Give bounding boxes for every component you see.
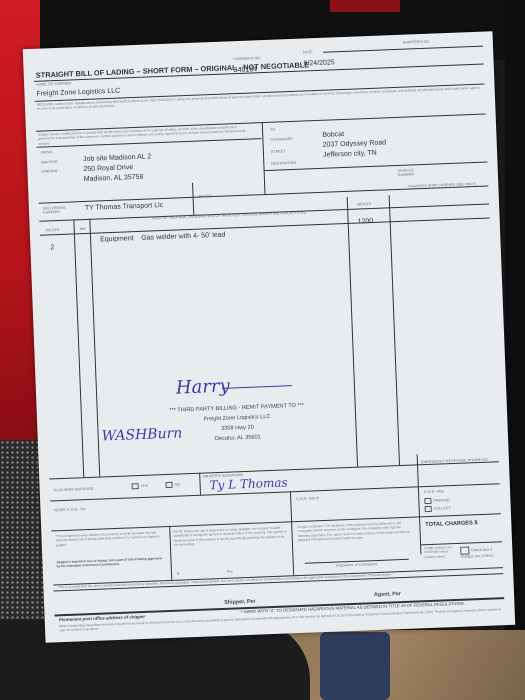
shipper-per: Shipper, Per bbox=[224, 599, 256, 606]
date-value: 9/24/2025 bbox=[303, 59, 334, 67]
agent-per: Agent, Per bbox=[374, 591, 401, 598]
freight-prepaid-note: Freight charges are PREPAID unless marke… bbox=[424, 545, 459, 560]
divider bbox=[40, 217, 490, 235]
divider-vertical bbox=[417, 454, 422, 554]
charges-collect-option[interactable]: Check box if charges are Collect. bbox=[460, 545, 504, 559]
placards-yes[interactable]: YES bbox=[132, 483, 149, 490]
carriers-no-label: CARRIER'S NO. bbox=[233, 56, 261, 61]
shippers-imprint: Shipper's imprint in lieu of stamp; not … bbox=[56, 556, 166, 569]
pieces-header: PIECES bbox=[46, 228, 60, 233]
hm-header: HM bbox=[80, 227, 86, 231]
row-pieces: 2 bbox=[50, 244, 54, 251]
delivering-carrier-label: DELIVERING CARRIER bbox=[43, 205, 73, 214]
shipper-name: Job site Madison AL 2 bbox=[83, 153, 151, 163]
description-header: KIND OF PACKAGE, DESCRIPTION OF ARTICLES… bbox=[129, 210, 329, 222]
placards-label: PLACARDS SUPPLIED bbox=[54, 487, 94, 493]
consignee-name: Bobcat bbox=[322, 131, 344, 139]
driver-signature: Ty L Thomas bbox=[209, 475, 288, 492]
divider-vertical bbox=[290, 491, 294, 575]
background-red-accent bbox=[330, 0, 400, 12]
divider-vertical bbox=[169, 526, 172, 580]
shipper-city: Madison, AL 35758 bbox=[84, 174, 144, 183]
route-label: ROUTE bbox=[198, 194, 211, 198]
street-label: STREET bbox=[271, 149, 286, 154]
from-label: FROM: bbox=[41, 150, 53, 154]
shipper-label: SHIPPER bbox=[41, 160, 58, 165]
divider bbox=[323, 46, 483, 53]
prepaid-option[interactable]: PREPAID bbox=[424, 497, 449, 504]
placards-no[interactable]: NO bbox=[165, 482, 180, 489]
divider-vertical bbox=[262, 122, 266, 194]
section7-note: Subject to Section 7 of conditions, if t… bbox=[297, 521, 414, 553]
divider bbox=[264, 161, 488, 171]
to-label: TO: bbox=[270, 128, 276, 132]
dollar-label: $ bbox=[177, 572, 179, 576]
cod-amt-label: C.O.D. Amt $ bbox=[296, 496, 319, 501]
shippers-no-label: SHIPPER'S NO. bbox=[403, 40, 431, 45]
collect-checkbox[interactable] bbox=[425, 506, 432, 512]
handwritten-washburn: WASHBurn bbox=[101, 425, 182, 444]
consignee-destination: Jefferson city, TN bbox=[323, 150, 377, 159]
row-description: Equipment Gas welder with 4- 50' lead bbox=[100, 232, 226, 244]
signature-stroke bbox=[222, 385, 292, 389]
certify-note: "This is to certify that the above named… bbox=[57, 568, 503, 590]
origin-label: (ORIGIN) bbox=[41, 169, 57, 174]
remit-cod-label: REMIT C.O.D. TO: bbox=[54, 507, 86, 512]
cod-fee-label: C.O.D. FEE bbox=[424, 489, 444, 494]
background-jeans bbox=[320, 632, 390, 700]
row-weight: 1200 bbox=[358, 218, 374, 226]
divider-vertical bbox=[347, 197, 358, 467]
collect-option[interactable]: COLLECT bbox=[425, 505, 451, 512]
between-ports-note: "If the shipment moves between two ports… bbox=[55, 530, 166, 554]
date-label: DATE bbox=[303, 50, 313, 54]
divider-vertical bbox=[192, 183, 194, 215]
divider-vertical bbox=[73, 219, 84, 477]
destination-label: DESTINATION bbox=[271, 161, 296, 166]
no-label: NO bbox=[175, 482, 181, 486]
prepaid-checkbox[interactable] bbox=[424, 498, 431, 504]
yes-label: YES bbox=[141, 484, 149, 488]
per-label: Per bbox=[227, 570, 233, 574]
no-checkbox[interactable] bbox=[165, 482, 172, 488]
consignee-street: 2037 Odyssey Road bbox=[323, 139, 387, 148]
carrier-name-label: NAME OF CARRIER bbox=[36, 81, 71, 86]
consignee-label: CONSIGNEE bbox=[270, 137, 293, 142]
carrier-name: Freight Zone Logistics LLC bbox=[36, 88, 120, 98]
divider-vertical bbox=[89, 219, 100, 477]
divider-vertical bbox=[389, 195, 400, 465]
value-note: NOTE: Where the rate is dependent on val… bbox=[173, 525, 288, 559]
vehicle-number-label: VEHICLE NUMBER bbox=[398, 168, 428, 177]
delivering-carrier: TY Thomas Transport Llc bbox=[85, 202, 164, 212]
weight-header: WEIGHT bbox=[357, 202, 372, 207]
yes-checkbox[interactable] bbox=[132, 483, 139, 489]
bill-of-lading-paper: STRAIGHT BILL OF LADING – SHORT FORM – O… bbox=[23, 31, 515, 643]
collect-label: COLLECT bbox=[434, 506, 451, 511]
prepaid-label: PREPAID bbox=[433, 498, 449, 503]
shipper-street: 250 Royal Drive bbox=[83, 164, 133, 173]
total-charges-label: TOTAL CHARGES $ bbox=[425, 520, 485, 528]
document-title: STRAIGHT BILL OF LADING – SHORT FORM – O… bbox=[36, 60, 310, 79]
divider-vertical bbox=[199, 473, 201, 495]
